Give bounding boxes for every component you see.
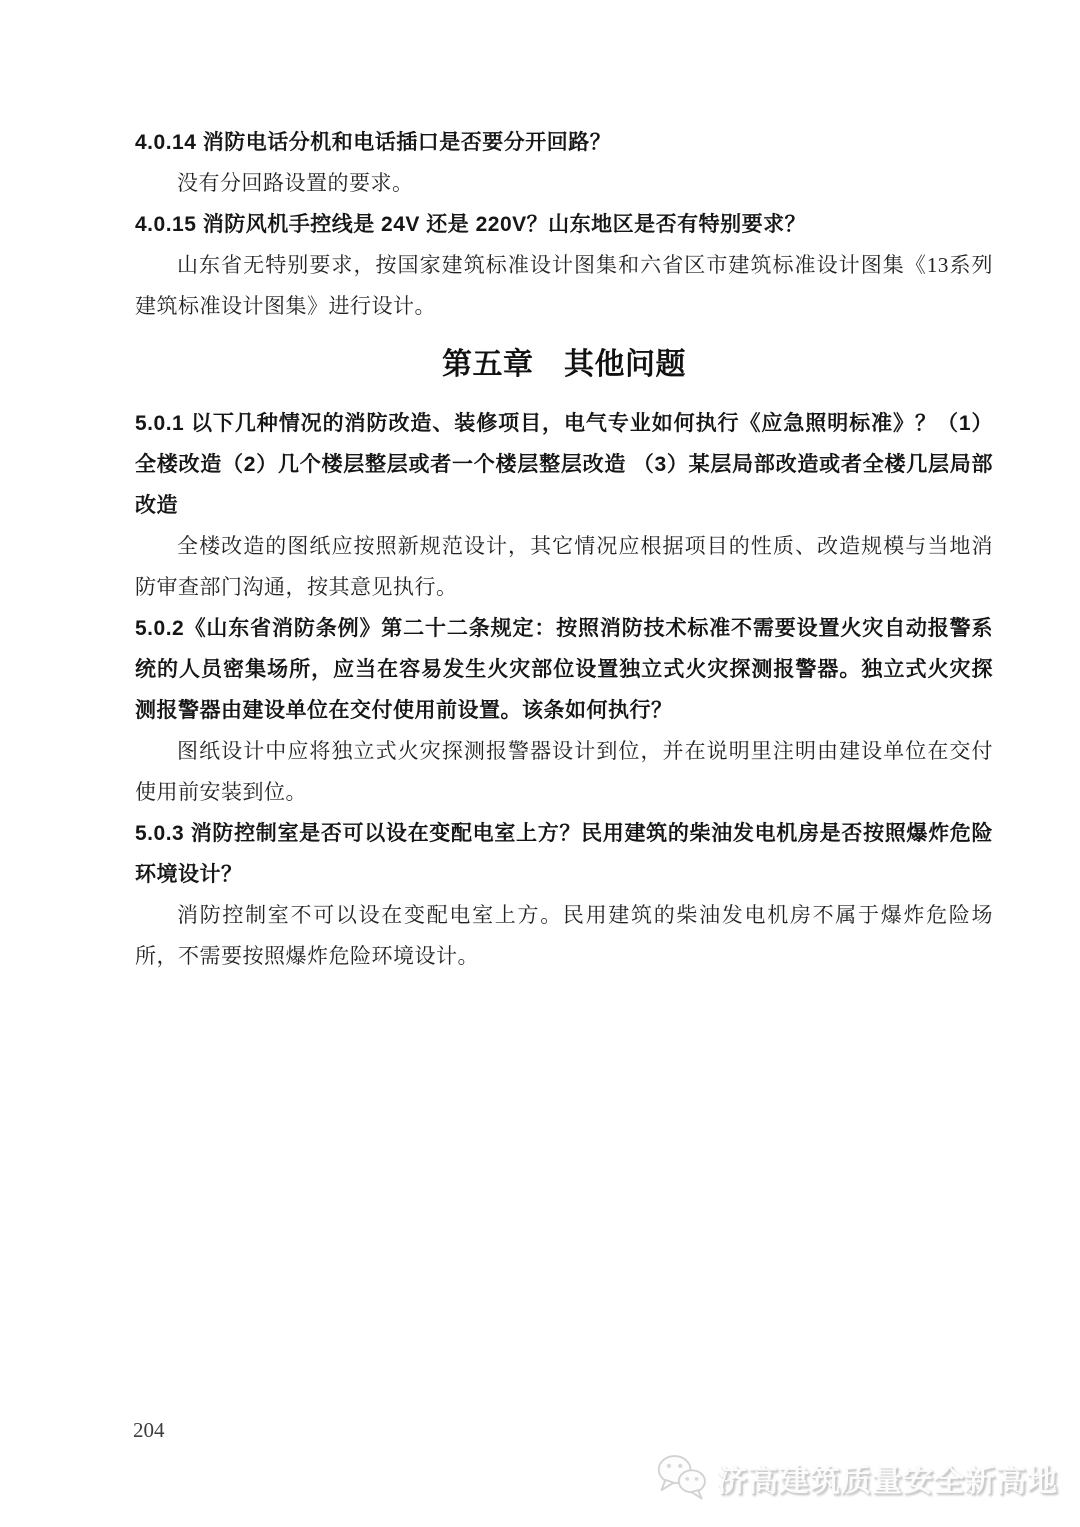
question-5-0-1: 5.0.1 以下几种情况的消防改造、装修项目，电气专业如何执行《应急照明标准》？… <box>135 403 993 526</box>
watermark: 济高建筑质量安全新高地 <box>655 1450 1058 1506</box>
answer-4-0-15: 山东省无特别要求，按国家建筑标准设计图集和六省区市建筑标准设计图集《13系列建筑… <box>135 245 993 327</box>
document-page: 4.0.14 消防电话分机和电话插口是否要分开回路？ 没有分回路设置的要求。 4… <box>0 0 1080 1527</box>
answer-5-0-2: 图纸设计中应将独立式火灾探测报警器设计到位，并在说明里注明由建设单位在交付使用前… <box>135 731 993 813</box>
page-number: 204 <box>133 1418 165 1443</box>
question-5-0-2: 5.0.2《山东省消防条例》第二十二条规定：按照消防技术标准不需要设置火灾自动报… <box>135 608 993 731</box>
chapter-title: 第五章 其他问题 <box>135 333 993 397</box>
watermark-text: 济高建筑质量安全新高地 <box>717 1456 1058 1500</box>
question-5-0-3: 5.0.3 消防控制室是否可以设在变配电室上方？民用建筑的柴油发电机房是否按照爆… <box>135 813 993 895</box>
document-content: 4.0.14 消防电话分机和电话插口是否要分开回路？ 没有分回路设置的要求。 4… <box>135 122 993 977</box>
wechat-icon <box>655 1450 711 1506</box>
answer-4-0-14: 没有分回路设置的要求。 <box>135 163 993 204</box>
question-4-0-14: 4.0.14 消防电话分机和电话插口是否要分开回路？ <box>135 122 993 163</box>
answer-5-0-1: 全楼改造的图纸应按照新规范设计，其它情况应根据项目的性质、改造规模与当地消防审查… <box>135 526 993 608</box>
question-4-0-15: 4.0.15 消防风机手控线是 24V 还是 220V？山东地区是否有特别要求？ <box>135 204 993 245</box>
answer-5-0-3: 消防控制室不可以设在变配电室上方。民用建筑的柴油发电机房不属于爆炸危险场所，不需… <box>135 895 993 977</box>
